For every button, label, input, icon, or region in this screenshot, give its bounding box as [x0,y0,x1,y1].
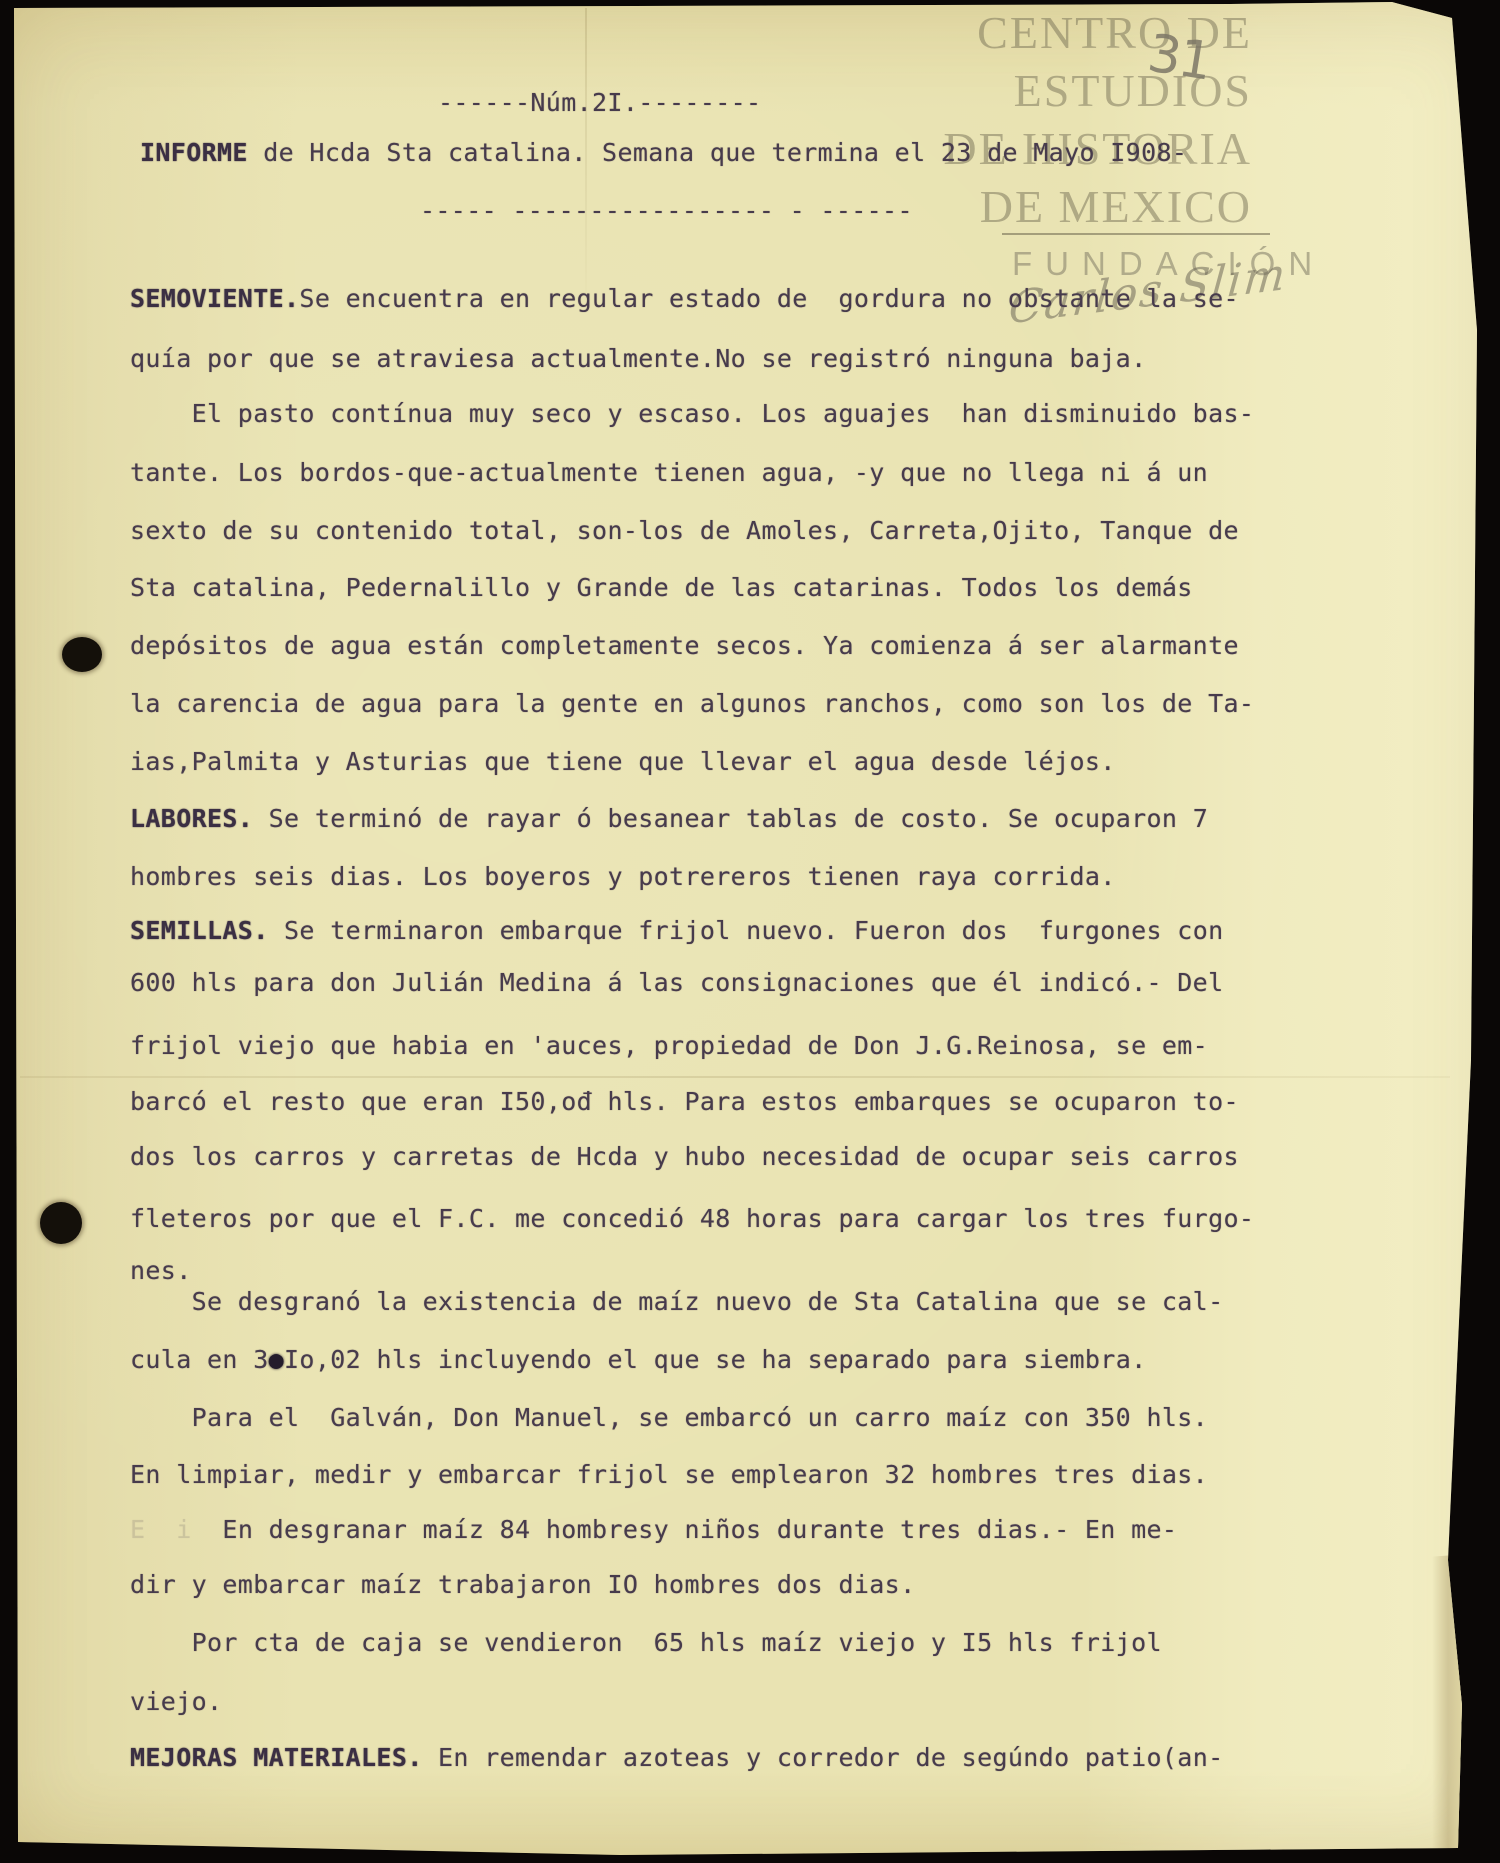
section-heading: MEJORAS MATERIALES. [130,1743,423,1772]
typewritten-line: quía por que se atraviesa actualmente.No… [130,344,1146,373]
typewritten-text: viejo. [130,1687,222,1716]
typewritten-text: Por cta de caja se vendieron 65 hls maíz… [130,1628,1162,1657]
typewritten-line: El pasto contínua muy seco y escaso. Los… [130,399,1254,428]
typewritten-line: MEJORAS MATERIALES. En remendar azoteas … [130,1743,1224,1772]
typewritten-text: nes. [130,1256,192,1285]
typewritten-line: 600 hls para don Julián Medina á las con… [130,968,1224,997]
typewritten-line: cula en 3●Io,02 hls incluyendo el que se… [130,1345,1147,1374]
typewritten-line: la carencia de agua para la gente en alg… [130,689,1254,718]
typewritten-text: En limpiar, medir y embarcar frijol se e… [130,1460,1208,1489]
typewritten-text: Para el Galván, Don Manuel, se embarcó u… [130,1403,1208,1432]
typewritten-text: ----- ----------------- - ------ [420,196,913,225]
typewritten-text-layer: ------Núm.2I.--------INFORME de Hcda Sta… [0,0,1500,1863]
typewritten-line: fleteros por que el F.C. me concedió 48 … [130,1204,1254,1233]
typewritten-line: LABORES. Se terminó de rayar ó besanear … [130,804,1208,833]
typewritten-text: Se encuentra en regular estado de gordur… [299,284,1238,313]
typewritten-line: nes. [130,1256,192,1285]
typewritten-text: dir y embarcar maíz trabajaron IO hombre… [130,1570,915,1599]
faded-text: E i [130,1515,192,1544]
typewritten-line: E i En desgranar maíz 84 hombresy niños … [130,1515,1177,1544]
typewritten-text: fleteros por que el F.C. me concedió 48 … [130,1204,1254,1233]
typewritten-text: sexto de su contenido total, son-los de … [130,516,1239,545]
typewritten-text: En remendar azoteas y corredor de segúnd… [423,1743,1224,1772]
typewritten-line: SEMOVIENTE.Se encuentra en regular estad… [130,284,1239,313]
section-heading: SEMILLAS. [130,916,269,945]
typewritten-line: viejo. [130,1687,222,1716]
typewritten-text: dos los carros y carretas de Hcda y hubo… [130,1142,1239,1171]
typewritten-text: Se desgranó la existencia de maíz nuevo … [130,1287,1224,1316]
scanned-document-page: { "palette": { "paper": "#e9e3b2", "ink"… [0,0,1500,1863]
typewritten-text: barcó el resto que eran I50,ođ hls. Para… [130,1087,1239,1116]
typewritten-text: Sta catalina, Pedernalillo y Grande de l… [130,573,1193,602]
typewritten-line: Por cta de caja se vendieron 65 hls maíz… [130,1628,1162,1657]
typewritten-text: de Hcda Sta catalina. Semana que termina… [248,138,1187,167]
typewritten-line: barcó el resto que eran I50,ođ hls. Para… [130,1087,1239,1116]
typewritten-line: dir y embarcar maíz trabajaron IO hombre… [130,1570,915,1599]
typewritten-line: Se desgranó la existencia de maíz nuevo … [130,1287,1224,1316]
typewritten-line: SEMILLAS. Se terminaron embarque frijol … [130,916,1224,945]
typewritten-line: frijol viejo que habia en 'auces, propie… [130,1031,1208,1060]
typewritten-line: En limpiar, medir y embarcar frijol se e… [130,1460,1208,1489]
typewritten-text: frijol viejo que habia en 'auces, propie… [130,1031,1208,1060]
typewritten-line: dos los carros y carretas de Hcda y hubo… [130,1142,1239,1171]
typewritten-text: hombres seis dias. Los boyeros y potrere… [130,862,1116,891]
section-heading: LABORES. [130,804,253,833]
ink-blot: ● [269,1345,284,1374]
typewritten-text: Se terminó de rayar ó besanear tablas de… [253,804,1208,833]
typewritten-line: ias,Palmita y Asturias que tiene que lle… [130,747,1116,776]
typewritten-line: sexto de su contenido total, son-los de … [130,516,1239,545]
typewritten-line: Para el Galván, Don Manuel, se embarcó u… [130,1403,1208,1432]
typewritten-text: ------Núm.2I.-------- [438,88,761,117]
typewritten-text: En desgranar maíz 84 hombresy niños dura… [192,1515,1178,1544]
section-heading: SEMOVIENTE. [130,284,299,313]
typewritten-text: Io,02 hls incluyendo el que se ha separa… [284,1345,1146,1374]
typewritten-text: quía por que se atraviesa actualmente.No… [130,344,1146,373]
typewritten-text: la carencia de agua para la gente en alg… [130,689,1254,718]
typewritten-text: El pasto contínua muy seco y escaso. Los… [130,399,1254,428]
typewritten-text: Se terminaron embarque frijol nuevo. Fue… [269,916,1224,945]
typewritten-line: Sta catalina, Pedernalillo y Grande de l… [130,573,1193,602]
typewritten-line: ------Núm.2I.-------- [438,88,761,117]
typewritten-line: ----- ----------------- - ------ [420,196,913,225]
typewritten-text: cula en 3 [130,1345,269,1374]
paper-sheet: CENTRO DE ESTUDIOS DE HISTORIA DE MEXICO… [0,0,1500,1863]
typewritten-text: 600 hls para don Julián Medina á las con… [130,968,1224,997]
typewritten-text: depósitos de agua están completamente se… [130,631,1239,660]
typewritten-line: INFORME de Hcda Sta catalina. Semana que… [140,138,1187,167]
typewritten-line: depósitos de agua están completamente se… [130,631,1239,660]
typewritten-text: ias,Palmita y Asturias que tiene que lle… [130,747,1116,776]
typewritten-line: hombres seis dias. Los boyeros y potrere… [130,862,1116,891]
typewritten-line: tante. Los bordos-que-actualmente tienen… [130,458,1208,487]
section-heading: INFORME [140,138,248,167]
typewritten-text: tante. Los bordos-que-actualmente tienen… [130,458,1208,487]
